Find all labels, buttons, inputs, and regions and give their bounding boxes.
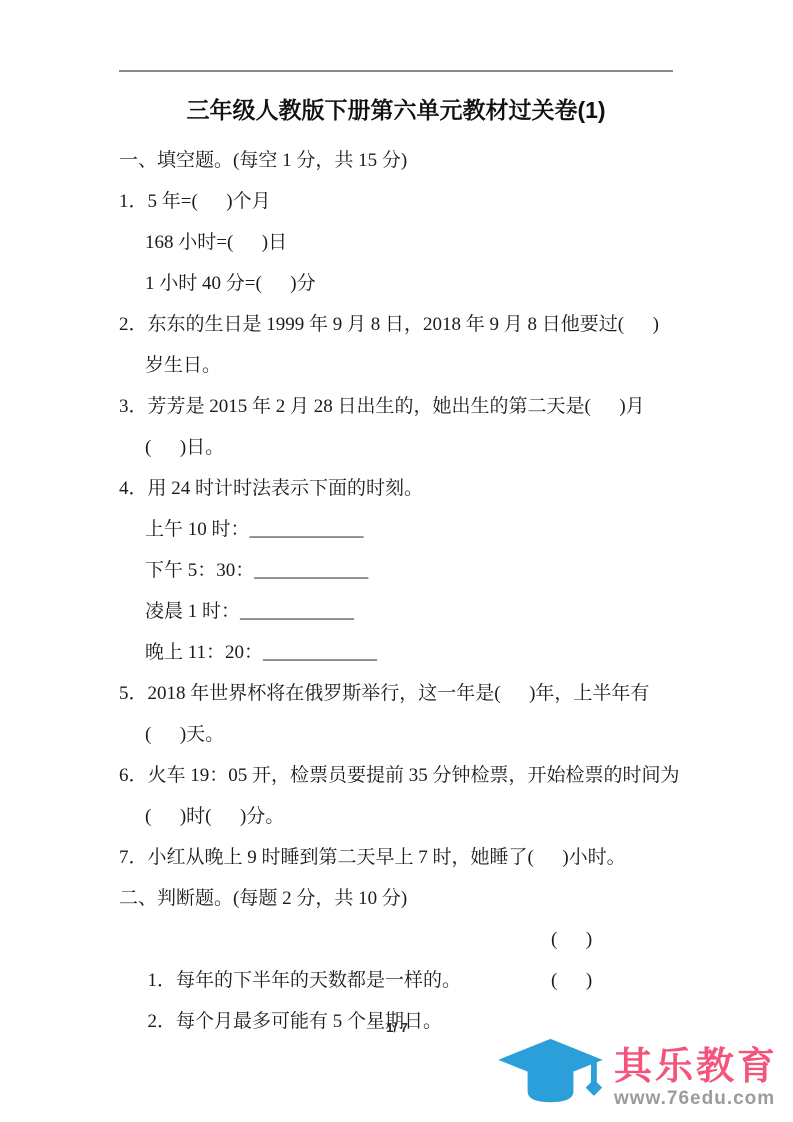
question-line: 2．东东的生日是 1999 年 9 月 8 日，2018 年 9 月 8 日他要… (119, 304, 675, 345)
question-line: 4．用 24 时计时法表示下面的时刻。 (119, 468, 675, 509)
header-rule (119, 70, 673, 72)
question-line: 6．火车 19：05 开，检票员要提前 35 分钟检票，开始检票的时间为 (119, 755, 675, 796)
time-blank-line: 上午 10 时：____________ (119, 509, 675, 550)
question-line: 1 小时 40 分=( )分 (119, 263, 675, 304)
question-line-continuation: ( )天。 (119, 714, 675, 755)
question-line: 168 小时=( )日 (119, 222, 675, 263)
time-blank-line: 晚上 11：20：____________ (119, 632, 675, 673)
judgment-line: 1．每年的下半年的天数都是一样的。 ( ) (119, 919, 675, 960)
worksheet-body: 一、填空题。(每空 1 分，共 15 分) 1．5 年=( )个月 168 小时… (119, 140, 675, 1001)
graduation-cap-icon (492, 1033, 610, 1111)
question-line: 3．芳芳是 2015 年 2 月 28 日出生的，她出生的第二天是( )月 (119, 386, 675, 427)
time-blank-line: 凌晨 1 时：____________ (119, 591, 675, 632)
section-heading-true-false: 二、判断题。(每题 2 分，共 10 分) (119, 878, 675, 919)
page-title: 三年级人教版下册第六单元教材过关卷(1) (100, 94, 692, 126)
answer-blank: ( ) (551, 919, 592, 960)
question-line-continuation: 岁生日。 (119, 345, 675, 386)
judgment-line: 2．每个月最多可能有 5 个星期日。 ( ) (119, 960, 675, 1001)
brand-name: 其乐教育 (614, 1046, 778, 1088)
question-line: 7．小红从晚上 9 时睡到第二天早上 7 时，她睡了( )小时。 (119, 837, 675, 878)
brand-website: www.76edu.com (614, 1088, 778, 1109)
time-blank-line: 下午 5：30：____________ (119, 550, 675, 591)
answer-blank: ( ) (551, 960, 592, 1001)
section-heading-fill-blanks: 一、填空题。(每空 1 分，共 15 分) (119, 140, 675, 181)
logo-text-block: 其乐教育 www.76edu.com (614, 1046, 778, 1111)
question-line-continuation: ( )时( )分。 (119, 796, 675, 837)
qile-education-logo: 其乐教育 www.76edu.com (492, 1033, 778, 1111)
question-line: 1．5 年=( )个月 (119, 181, 675, 222)
question-line: 5．2018 年世界杯将在俄罗斯举行，这一年是( )年，上半年有 (119, 673, 675, 714)
question-line-continuation: ( )日。 (119, 427, 675, 468)
worksheet-page: 三年级人教版下册第六单元教材过关卷(1) 一、填空题。(每空 1 分，共 15 … (0, 0, 793, 1122)
